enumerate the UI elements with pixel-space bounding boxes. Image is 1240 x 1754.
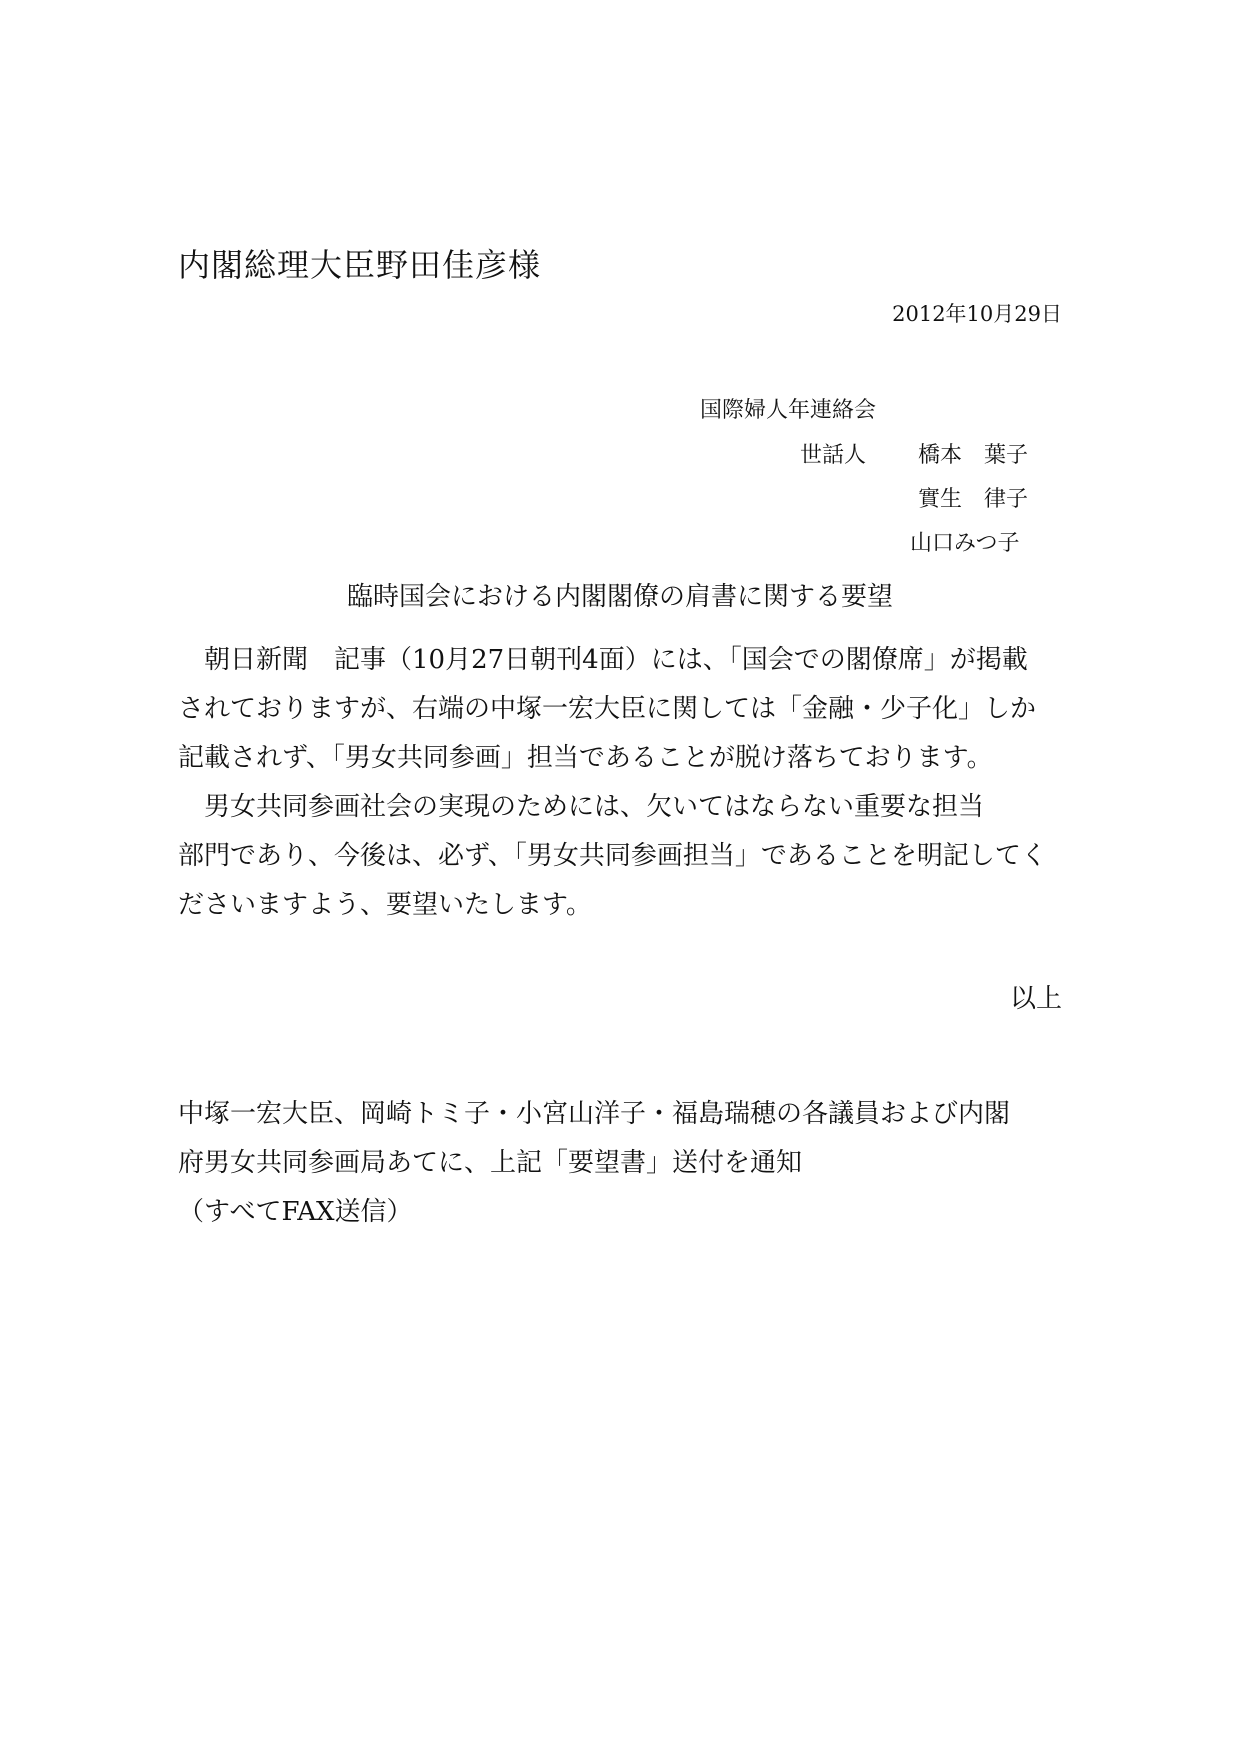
body-line: 記載されず、「男女共同参画」担当であることが脱け落ちております。	[178, 734, 1058, 783]
sender-name: 山口みつ子	[910, 526, 1020, 557]
body-line: ださいますよう、要望いたします。	[178, 881, 1058, 930]
notice-line: 府男女共同参画局あてに、上記「要望書」送付を通知	[178, 1139, 1010, 1188]
sender-role: 世話人	[800, 438, 866, 469]
sender-organization: 国際婦人年連絡会	[700, 393, 876, 424]
letter-date: 2012年10月29日	[892, 298, 1062, 328]
distribution-notice: 中塚一宏大臣、岡崎トミ子・小宮山洋子・福島瑞穂の各議員および内閣 府男女共同参画…	[178, 1090, 1010, 1237]
body-line: 部門であり、今後は、必ず、「男女共同参画担当」であることを明記してく	[178, 832, 1058, 881]
body-line: 朝日新聞 記事（10月27日朝刊4面）には、「国会での閣僚席」が掲載	[178, 636, 1058, 685]
addressee: 内閣総理大臣野田佳彦様	[178, 240, 541, 286]
body-line: されておりますが、右端の中塚一宏大臣に関しては「金融・少子化」しか	[178, 685, 1058, 734]
sender-name: 橋本 葉子	[918, 438, 1028, 469]
body-line: 男女共同参画社会の実現のためには、欠いてはならない重要な担当	[178, 783, 1058, 832]
letter-body: 朝日新聞 記事（10月27日朝刊4面）には、「国会での閣僚席」が掲載 されており…	[178, 636, 1058, 930]
closing-mark: 以上	[1010, 978, 1062, 1015]
letter-title: 臨時国会における内閣閣僚の肩書に関する要望	[0, 576, 1240, 613]
notice-line: 中塚一宏大臣、岡崎トミ子・小宮山洋子・福島瑞穂の各議員および内閣	[178, 1090, 1010, 1139]
sender-name: 實生 律子	[918, 482, 1028, 513]
notice-line: （すべてFAX送信）	[178, 1188, 1010, 1237]
